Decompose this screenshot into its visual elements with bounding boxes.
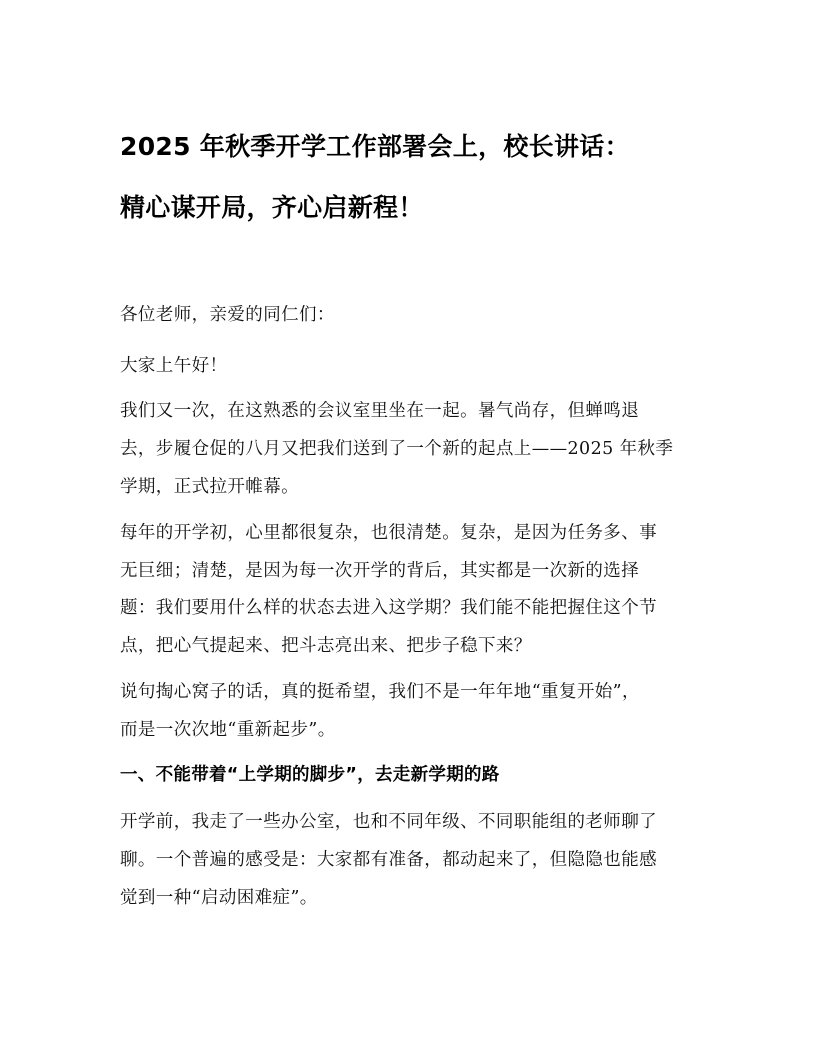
paragraph-4-line-1: 每年的开学初，心里都很复杂，也很清楚。复杂，是因为任务多、事 <box>120 522 657 544</box>
paragraph-5-line-1: 说句掏心窝子的话，真的挺希望，我们不是一年年地“重复开始”， <box>120 681 640 703</box>
document-title-line-2: 精心谋开局，齐心启新程！ <box>120 193 424 223</box>
paragraph-5-line-2: 而是一次次地“重新起步”。 <box>120 719 336 741</box>
paragraph-3-line-1: 我们又一次，在这熟悉的会议室里坐在一起。暑气尚存，但蝉鸣退 <box>120 400 639 422</box>
paragraph-7-line-3: 觉到一种“启动困难症”。 <box>120 887 318 909</box>
paragraph-4-line-4: 点，把心气提起来、把斗志亮出来、把步子稳下来？ <box>120 635 532 657</box>
document-title-line-1: 2025 年秋季开学工作部署会上，校长讲话： <box>120 132 630 162</box>
paragraph-7-line-1: 开学前，我走了一些办公室，也和不同年级、不同职能组的老师聊了 <box>120 811 657 833</box>
paragraph-3-line-2: 去，步履仓促的八月又把我们送到了一个新的起点上——2025 年秋季 <box>120 438 673 460</box>
paragraph-7-line-2: 聊。一个普遍的感受是：大家都有准备，都动起来了，但隐隐也能感 <box>120 849 657 871</box>
paragraph-4-line-3: 题：我们要用什么样的状态去进入这学期？我们能不能把握住这个节 <box>120 597 657 619</box>
section-heading-1: 一、不能带着“上学期的脚步”，去走新学期的路 <box>120 764 500 786</box>
greeting: 大家上午好！ <box>120 355 227 377</box>
salutation: 各位老师，亲爱的同仁们： <box>120 304 335 326</box>
paragraph-3-line-3: 学期，正式拉开帷幕。 <box>120 476 299 498</box>
document-page: 2025 年秋季开学工作部署会上，校长讲话： 精心谋开局，齐心启新程！ 各位老师… <box>0 0 816 1056</box>
paragraph-4-line-2: 无巨细；清楚，是因为每一次开学的背后，其实都是一次新的选择 <box>120 560 639 582</box>
